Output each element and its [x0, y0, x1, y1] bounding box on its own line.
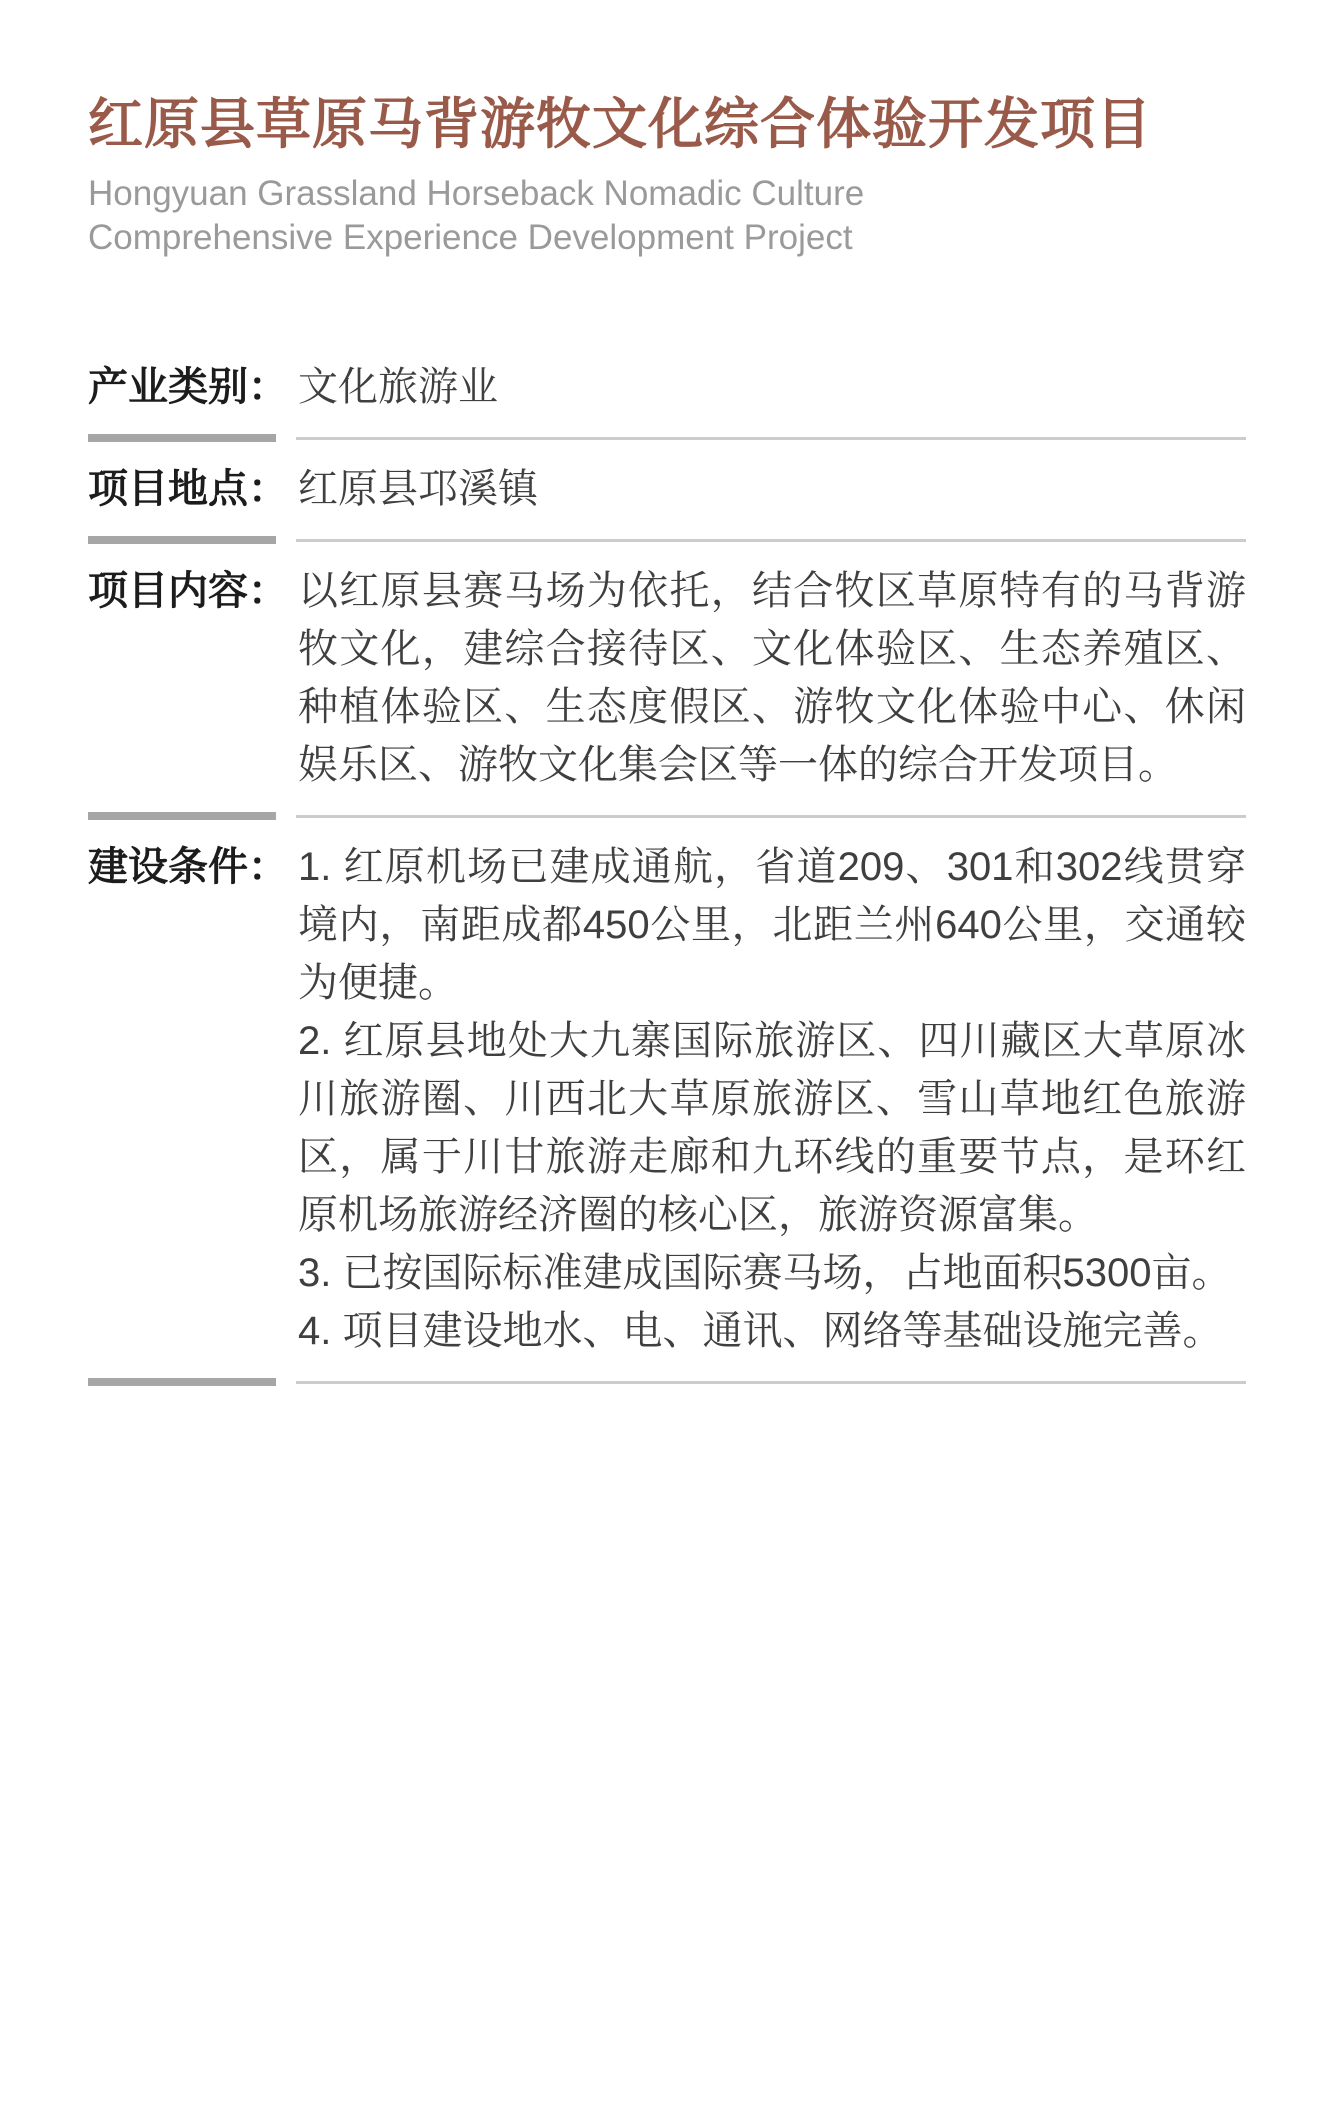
- page-subtitle-line1: Hongyuan Grassland Horseback Nomadic Cul…: [88, 172, 1246, 216]
- section-label-project-content: 项目内容：: [88, 562, 298, 620]
- section-content-project-content: 以红原县赛马场为依托，结合牧区草原特有的马背游牧文化，建综合接待区、文化体验区、…: [298, 562, 1246, 794]
- divider-line: [296, 815, 1246, 818]
- divider-accent-bar: [88, 536, 276, 544]
- section-label-construction-conditions: 建设条件：: [88, 838, 298, 896]
- section-divider: [88, 812, 1246, 820]
- section-label-industry-category: 产业类别：: [88, 358, 298, 416]
- page-subtitle: Hongyuan Grassland Horseback Nomadic Cul…: [88, 172, 1246, 260]
- section-project-location: 项目地点： 红原县邛溪镇: [0, 460, 1334, 518]
- divider-line: [296, 437, 1246, 440]
- divider-accent-bar: [88, 434, 276, 442]
- document-page: 红原县草原马背游牧文化综合体验开发项目 Hongyuan Grassland H…: [0, 0, 1334, 2102]
- section-label-project-location: 项目地点：: [88, 460, 298, 518]
- divider-accent-bar: [88, 812, 276, 820]
- section-content-construction-conditions: 1. 红原机场已建成通航，省道209、301和302线贯穿境内，南距成都450公…: [298, 838, 1246, 1360]
- section-divider: [88, 536, 1246, 544]
- section-divider: [88, 1378, 1246, 1386]
- page-title: 红原县草原马背游牧文化综合体验开发项目: [88, 92, 1246, 156]
- section-content-project-location: 红原县邛溪镇: [298, 460, 1246, 518]
- divider-line: [296, 539, 1246, 542]
- section-construction-conditions: 建设条件： 1. 红原机场已建成通航，省道209、301和302线贯穿境内，南距…: [0, 838, 1334, 1360]
- section-project-content: 项目内容： 以红原县赛马场为依托，结合牧区草原特有的马背游牧文化，建综合接待区、…: [0, 562, 1334, 794]
- section-content-industry-category: 文化旅游业: [298, 358, 1246, 416]
- section-industry-category: 产业类别： 文化旅游业: [0, 358, 1334, 416]
- project-info-sections: 产业类别： 文化旅游业 项目地点： 红原县邛溪镇 项目内容： 以红原县赛马场为依…: [0, 358, 1334, 1386]
- divider-accent-bar: [88, 1378, 276, 1386]
- divider-line: [296, 1381, 1246, 1384]
- page-subtitle-line2: Comprehensive Experience Development Pro…: [88, 216, 1246, 260]
- section-divider: [88, 434, 1246, 442]
